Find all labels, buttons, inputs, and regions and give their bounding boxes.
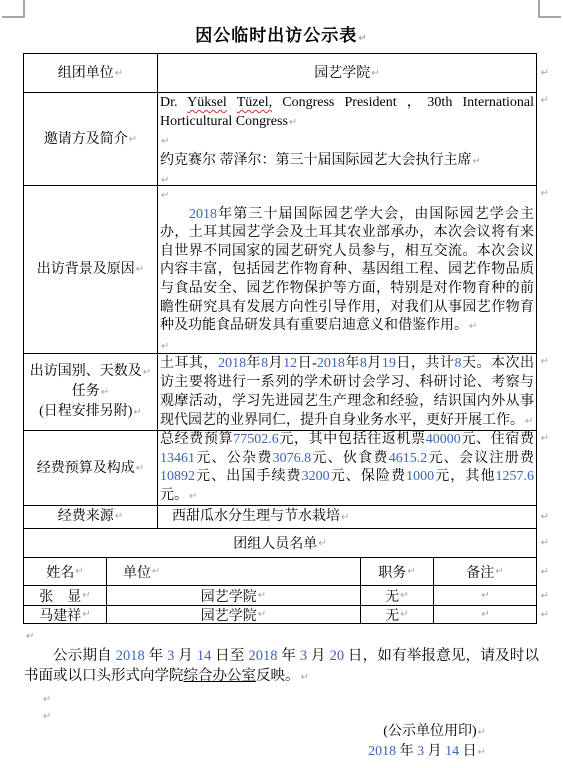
english-text: Horticultural Congress bbox=[160, 114, 288, 129]
label-text: 邀请方及简介 bbox=[44, 130, 128, 149]
blank-line: ↵ bbox=[160, 132, 534, 152]
blank-line: ↵ bbox=[160, 186, 534, 206]
pilcrow-icon: ↵ bbox=[142, 367, 151, 378]
pilcrow-icon: ↵ bbox=[160, 136, 169, 147]
row-end-pilcrow-icon: ↵ bbox=[540, 538, 549, 549]
header-text: 姓名 bbox=[46, 562, 74, 582]
pilcrow-icon: ↵ bbox=[128, 130, 137, 149]
group-unit-label: 组团单位↵ bbox=[24, 54, 158, 92]
row-destination: 出访国别、天数及↵ 任务↵ (日程安排另附)↵ 土耳其，2018年8月12日-2… bbox=[24, 354, 536, 431]
value-text: 西甜瓜水分生理与节水栽培 bbox=[172, 509, 340, 524]
seal-text: (公示单位用印) bbox=[383, 724, 476, 739]
document-page: 因公临时出访公示表↵ 组团单位↵ 园艺学院↵ ↵ 邀请方及简介↵ Dr. Yük… bbox=[0, 0, 563, 768]
inviter-english-line2: Horticultural Congress↵ bbox=[160, 113, 534, 133]
pilcrow-icon: ↵ bbox=[477, 747, 486, 758]
inviter-english-line1: Dr. Yüksel Tüzel, Congress President ，30… bbox=[160, 94, 534, 113]
pilcrow-icon: ↵ bbox=[114, 506, 123, 528]
background-paragraph: 2018年第三十届国际园艺学大会，由国际园艺学会主办，土耳其园艺学会及土耳其农业… bbox=[160, 206, 534, 337]
budget-label: 经费预算及构成↵ bbox=[24, 431, 158, 505]
notice-form-table: 组团单位↵ 园艺学院↵ ↵ 邀请方及简介↵ Dr. Yüksel Tüzel, … bbox=[23, 53, 537, 624]
pilcrow-icon: ↵ bbox=[42, 711, 51, 722]
row-end-pilcrow-icon: ↵ bbox=[540, 356, 549, 367]
pilcrow-icon: ↵ bbox=[100, 387, 109, 398]
page-title-text: 因公临时出访公示表 bbox=[195, 26, 357, 45]
background-content: ↵ 2018年第三十届国际园艺学大会，由国际园艺学会主办，土耳其园艺学会及土耳其… bbox=[158, 186, 536, 353]
header-duty: 职务↵ bbox=[361, 558, 434, 585]
label-text: 经费来源 bbox=[58, 506, 114, 528]
header-text: 职务 bbox=[378, 562, 406, 582]
row-end-pilcrow-icon: ↵ bbox=[540, 68, 549, 79]
pilcrow-icon: ↵ bbox=[74, 566, 83, 577]
row-funding: 经费来源↵ 西甜瓜水分生理与节水栽培↵ ↵ bbox=[24, 506, 536, 529]
margin-mark-top-left-icon bbox=[2, 0, 25, 18]
inviter-label: 邀请方及简介↵ bbox=[24, 93, 158, 185]
funding-value: 西甜瓜水分生理与节水栽培↵ bbox=[158, 506, 536, 528]
budget-content: 总经费预算77502.6元，其中包括往返机票40000元、住宿费13461元、公… bbox=[158, 431, 536, 505]
label-line: 任务↵ bbox=[30, 382, 151, 402]
header-unit: 单位↵ bbox=[107, 558, 361, 585]
label-text: 出访国别、天数及 bbox=[30, 364, 142, 379]
pilcrow-icon: ↵ bbox=[135, 459, 144, 478]
member-note: ↵ bbox=[434, 586, 536, 605]
personnel-section-title: 团组人员名单 bbox=[233, 533, 317, 553]
pilcrow-icon: ↵ bbox=[370, 64, 379, 83]
row-end-pilcrow-icon: ↵ bbox=[540, 566, 549, 577]
inviter-chinese-line: 约克赛尔 蒂泽尔：第三十届国际园艺大会执行主席↵ bbox=[160, 152, 534, 172]
paragraph-text: 土耳其，2018年8月12日-2018年8月19日，共计8天。本次出访主要将进行… bbox=[160, 356, 534, 428]
paragraph-text: 2018年第三十届国际园艺学大会，由国际园艺学会主办，土耳其园艺学会及土耳其农业… bbox=[160, 207, 534, 334]
blank-line: ↵ bbox=[160, 171, 534, 185]
pilcrow-icon: ↵ bbox=[477, 727, 486, 738]
label-text: (日程安排另附) bbox=[39, 404, 132, 419]
cell-text: 无 bbox=[385, 606, 399, 623]
member-name: 张 显↵ bbox=[24, 586, 107, 605]
pilcrow-icon: ↵ bbox=[81, 590, 90, 601]
pilcrow-icon: ↵ bbox=[160, 341, 169, 352]
pilcrow-icon: ↵ bbox=[399, 609, 408, 620]
row-end-pilcrow-icon: ↵ bbox=[540, 433, 549, 444]
pilcrow-icon: ↵ bbox=[81, 609, 90, 620]
label-text: 出访背景及原因 bbox=[37, 260, 135, 279]
member-unit: 园艺学院↵ bbox=[107, 606, 361, 623]
spellcheck-word: Yüksel bbox=[187, 95, 227, 110]
signature-block: (公示单位用印)↵ 2018 年 3 月 14 日↵ bbox=[0, 722, 486, 762]
background-label: 出访背景及原因↵ bbox=[24, 186, 158, 353]
row-group-unit: 组团单位↵ 园艺学院↵ ↵ bbox=[24, 54, 536, 93]
label-line: 出访国别、天数及↵ bbox=[30, 362, 151, 382]
value-text: 园艺学院 bbox=[314, 64, 370, 83]
notice-underlined-text: 综合办公室 bbox=[184, 668, 257, 684]
destination-paragraph: 土耳其，2018年8月12日-2018年8月19日，共计8天。本次出访主要将进行… bbox=[160, 354, 534, 430]
date-line: 2018 年 3 月 14 日↵ bbox=[0, 742, 486, 762]
pilcrow-icon: ↵ bbox=[132, 407, 141, 418]
spellcheck-word: Tüzel, bbox=[237, 95, 272, 110]
pilcrow-icon: ↵ bbox=[399, 590, 408, 601]
member-duty: 无↵ bbox=[361, 586, 434, 605]
pilcrow-icon: ↵ bbox=[494, 566, 503, 577]
cell-text: 张 显 bbox=[39, 586, 81, 605]
member-unit: 园艺学院↵ bbox=[107, 586, 361, 605]
member-duty: 无↵ bbox=[361, 606, 434, 623]
label-line: (日程安排另附)↵ bbox=[30, 402, 151, 422]
pilcrow-icon: ↵ bbox=[468, 321, 477, 332]
pilcrow-icon: ↵ bbox=[42, 694, 51, 705]
header-name: 姓名↵ bbox=[24, 558, 107, 585]
label-text: 组团单位 bbox=[58, 64, 114, 83]
pilcrow-icon: ↵ bbox=[357, 33, 367, 44]
notice-text: 反映。 bbox=[256, 668, 300, 684]
paragraph-text: 总经费预算77502.6元，其中包括往返机票40000元、住宿费13461元、公… bbox=[160, 432, 534, 503]
cell-text: 园艺学院 bbox=[201, 586, 257, 605]
header-note: 备注↵ bbox=[434, 558, 536, 585]
english-text: Dr. bbox=[160, 95, 187, 110]
pilcrow-icon: ↵ bbox=[135, 260, 144, 279]
pilcrow-icon: ↵ bbox=[25, 631, 34, 642]
pilcrow-icon: ↵ bbox=[257, 609, 266, 620]
funding-label: 经费来源↵ bbox=[24, 506, 158, 528]
row-personnel-title: 团组人员名单↵ ↵ bbox=[24, 529, 536, 558]
pilcrow-icon: ↵ bbox=[524, 416, 533, 427]
pilcrow-icon: ↵ bbox=[472, 156, 481, 167]
header-text: 备注 bbox=[466, 562, 494, 582]
label-text: 任务 bbox=[72, 384, 100, 399]
date-text: 2018 年 3 月 14 日 bbox=[368, 744, 477, 759]
pilcrow-icon: ↵ bbox=[317, 538, 326, 549]
cell-text: 园艺学院 bbox=[201, 606, 257, 623]
row-end-pilcrow-icon: ↵ bbox=[540, 512, 549, 523]
member-note: ↵ bbox=[434, 606, 536, 623]
seal-line: (公示单位用印)↵ bbox=[0, 722, 486, 742]
personnel-row: 马建祥↵ 园艺学院↵ 无↵ ↵ ↵ bbox=[24, 606, 536, 624]
header-text: 单位 bbox=[123, 562, 151, 582]
label-text: 经费预算及构成 bbox=[37, 459, 135, 478]
personnel-row: 张 显↵ 园艺学院↵ 无↵ ↵ ↵ bbox=[24, 586, 536, 606]
english-text: Congress President ，30th International bbox=[272, 95, 534, 110]
row-end-pilcrow-icon: ↵ bbox=[540, 609, 549, 620]
pilcrow-icon: ↵ bbox=[160, 175, 169, 185]
page-title: 因公临时出访公示表↵ bbox=[0, 0, 563, 46]
destination-content: 土耳其，2018年8月12日-2018年8月19日，共计8天。本次出访主要将进行… bbox=[158, 354, 536, 430]
row-background: 出访背景及原因↵ ↵ 2018年第三十届国际园艺学大会，由国际园艺学会主办，土耳… bbox=[24, 186, 536, 354]
margin-mark-top-right-icon bbox=[538, 0, 561, 18]
pilcrow-icon: ↵ bbox=[114, 64, 123, 83]
chinese-text: 约克赛尔 蒂泽尔：第三十届国际园艺大会执行主席 bbox=[160, 153, 472, 168]
pilcrow-icon: ↵ bbox=[480, 590, 489, 601]
pilcrow-icon: ↵ bbox=[188, 491, 197, 502]
row-budget: 经费预算及构成↵ 总经费预算77502.6元，其中包括往返机票40000元、住宿… bbox=[24, 431, 536, 506]
inviter-content: Dr. Yüksel Tüzel, Congress President ，30… bbox=[158, 93, 536, 185]
cell-text: 无 bbox=[385, 586, 399, 605]
row-end-pilcrow-icon: ↵ bbox=[540, 95, 549, 106]
row-end-pilcrow-icon: ↵ bbox=[540, 590, 549, 601]
group-unit-value: 园艺学院↵ bbox=[158, 54, 536, 92]
pilcrow-icon: ↵ bbox=[340, 512, 349, 523]
pilcrow-icon: ↵ bbox=[151, 566, 160, 577]
personnel-header-row: 姓名↵ 单位↵ 职务↵ 备注↵ ↵ bbox=[24, 558, 536, 586]
member-name: 马建祥↵ bbox=[24, 606, 107, 623]
pilcrow-icon: ↵ bbox=[480, 609, 489, 620]
pilcrow-icon: ↵ bbox=[288, 117, 297, 128]
pilcrow-icon: ↵ bbox=[257, 590, 266, 601]
cell-text: 马建祥 bbox=[39, 606, 81, 623]
row-end-pilcrow-icon: ↵ bbox=[540, 188, 549, 199]
pilcrow-icon: ↵ bbox=[406, 566, 415, 577]
blank-line: ↵ bbox=[25, 625, 34, 646]
budget-paragraph: 总经费预算77502.6元，其中包括往返机票40000元、住宿费13461元、公… bbox=[160, 431, 534, 505]
blank-line: ↵ bbox=[160, 337, 534, 353]
pilcrow-icon: ↵ bbox=[300, 672, 309, 683]
pilcrow-icon: ↵ bbox=[160, 190, 169, 201]
destination-label: 出访国别、天数及↵ 任务↵ (日程安排另附)↵ bbox=[24, 354, 158, 430]
row-inviter: 邀请方及简介↵ Dr. Yüksel Tüzel, Congress Presi… bbox=[24, 93, 536, 186]
notice-paragraph: 公示期自 2018 年 3 月 14 日至 2018 年 3 月 20 日，如有… bbox=[24, 646, 539, 688]
